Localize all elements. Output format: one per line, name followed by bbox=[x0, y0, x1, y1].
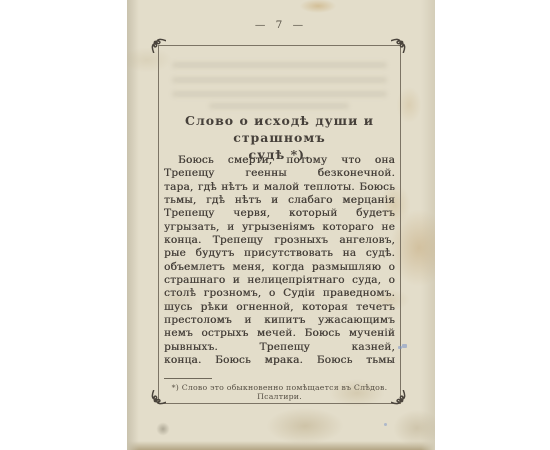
blue-ink-dot bbox=[384, 423, 387, 426]
footnote-separator bbox=[164, 378, 212, 379]
text-line: Боюсь смерти, потому что она горька. bbox=[164, 154, 395, 167]
blue-ink-mark bbox=[398, 344, 407, 351]
text-line: рые будутъ присутствовать на судѣ. Ужасъ bbox=[164, 247, 395, 260]
bleed-through-line bbox=[172, 91, 387, 97]
text-line: Трепещу геенны безконечной. Ужасаюсь тар… bbox=[164, 167, 395, 180]
text-line: Трепещу червя, который будетъ нестерпимо bbox=[164, 207, 395, 220]
corner-ornament-top-left-icon bbox=[150, 37, 166, 53]
bleed-through-line bbox=[209, 103, 349, 109]
text-line: тьмы, гдѣ нѣтъ и слабаго мерцанія свѣта. bbox=[164, 194, 395, 207]
text-line: страшнаго и нелицепріятнаго суда, о пре- bbox=[164, 274, 395, 287]
bleed-through-line bbox=[172, 62, 387, 68]
scanned-book-page: — 7 — Слово о исходѣ души и страшном bbox=[0, 0, 550, 450]
text-line: конца. Боюсь мрака. Боюсь тьмы кромѣш- bbox=[164, 354, 395, 367]
chapter-title-line-1: Слово о исходѣ души и страшномъ bbox=[164, 112, 395, 146]
corner-ornament-top-right-icon bbox=[391, 37, 407, 53]
text-line: конца. Трепещу грозныхъ ангеловъ, кото- bbox=[164, 234, 395, 247]
text-line: угрызать, и угрызеніямъ котораго не буде… bbox=[164, 221, 395, 234]
bleed-through-line bbox=[172, 77, 387, 83]
footnote: *) Слово это обыкновенно помѣщается въ С… bbox=[160, 383, 399, 401]
paper-sheet: — 7 — Слово о исходѣ души и страшном bbox=[127, 0, 435, 450]
text-line: тара, гдѣ нѣтъ и малой теплоты. Боюсь bbox=[164, 181, 395, 194]
text-line: престоломъ и кипитъ ужасающимъ пламе- bbox=[164, 314, 395, 327]
text-line: шусь рѣки огненной, которая течетъ предъ bbox=[164, 301, 395, 314]
text-line: немъ острыхъ мечей. Боюсь мученій непре- bbox=[164, 327, 395, 340]
text-line: рывныхъ. Трепещу казней, неимѣющихъ bbox=[164, 341, 395, 354]
body-text: Боюсь смерти, потому что она горька. Тре… bbox=[164, 154, 395, 368]
text-line: столѣ грозномъ, о Судіи праведномъ. Стра… bbox=[164, 287, 395, 300]
page-number: — 7 — bbox=[158, 19, 401, 31]
text-line: объемлетъ меня, когда размышляю о днѣ bbox=[164, 261, 395, 274]
